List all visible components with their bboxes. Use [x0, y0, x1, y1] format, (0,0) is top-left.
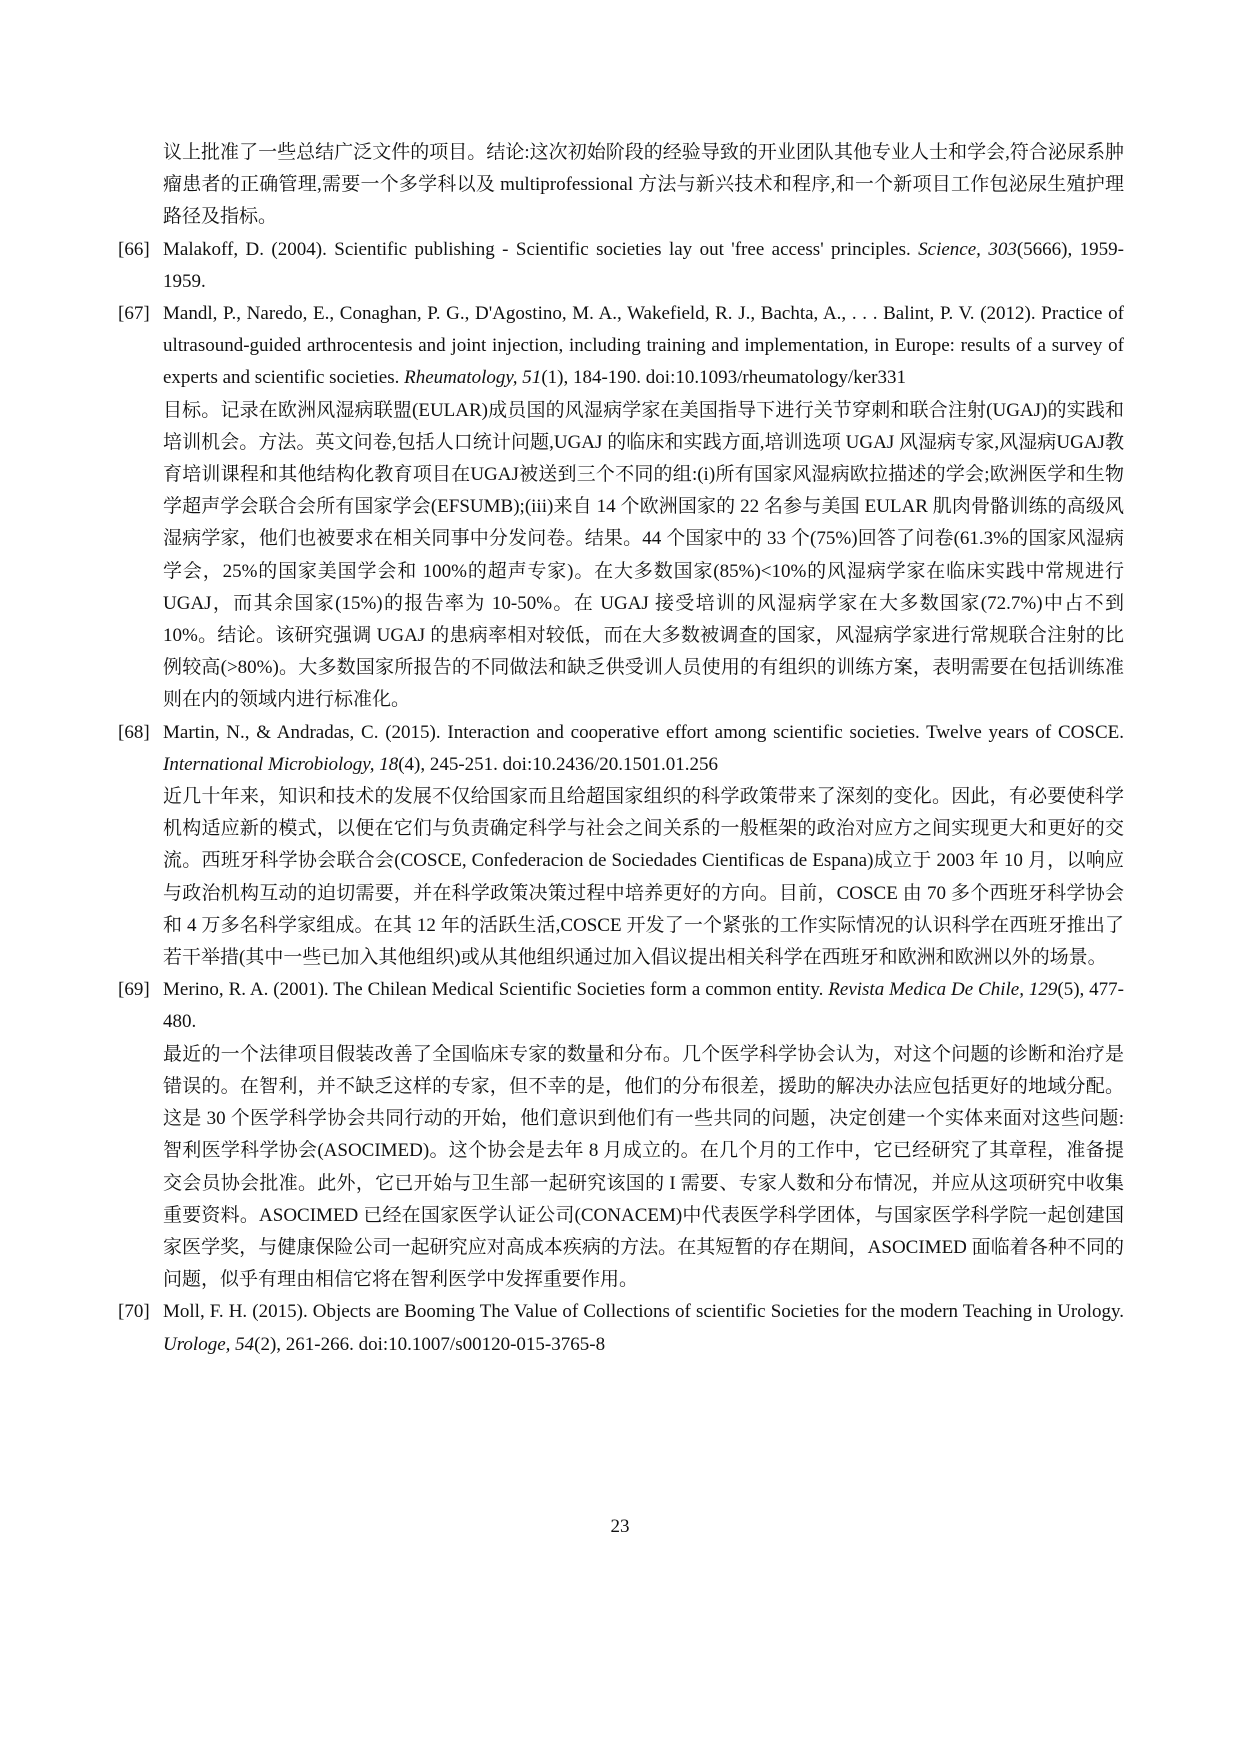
reference-citation: Merino, R. A. (2001). The Chilean Medica…	[163, 974, 1124, 1038]
reference-label: [66]	[118, 234, 150, 266]
reference-abstract: 最近的一个法律项目假装改善了全国临床专家的数量和分布。几个医学科学协会认为，对这…	[163, 1039, 1124, 1297]
reference-citation: Mandl, P., Naredo, E., Conaghan, P. G., …	[163, 298, 1124, 395]
reference-citation: Malakoff, D. (2004). Scientific publishi…	[163, 234, 1124, 298]
reference-label: [69]	[118, 974, 150, 1006]
journal-name: Urologe, 54	[163, 1334, 254, 1355]
reference-item-70: [70] Moll, F. H. (2015). Objects are Boo…	[118, 1296, 1124, 1360]
reference-label: [67]	[118, 298, 150, 330]
journal-name: Rheumatology, 51	[404, 367, 541, 388]
reference-item-67: [67] Mandl, P., Naredo, E., Conaghan, P.…	[118, 298, 1124, 717]
reference-item-66: [66] Malakoff, D. (2004). Scientific pub…	[118, 234, 1124, 298]
reference-abstract: 近几十年来，知识和技术的发展不仅给国家而且给超国家组织的科学政策带来了深刻的变化…	[163, 781, 1124, 974]
reference-list: 议上批准了一些总结广泛文件的项目。结论:这次初始阶段的经验导致的开业团队其他专业…	[118, 137, 1124, 1361]
journal-name: Revista Medica De Chile, 129	[828, 979, 1057, 1000]
journal-name: International Microbiology, 18	[163, 754, 398, 775]
reference-citation: Moll, F. H. (2015). Objects are Booming …	[163, 1296, 1124, 1360]
reference-abstract: 目标。记录在欧洲风湿病联盟(EULAR)成员国的风湿病学家在美国指导下进行关节穿…	[163, 395, 1124, 717]
abstract-continuation: 议上批准了一些总结广泛文件的项目。结论:这次初始阶段的经验导致的开业团队其他专业…	[118, 137, 1124, 234]
page-number: 23	[0, 1516, 1240, 1538]
document-page: 议上批准了一些总结广泛文件的项目。结论:这次初始阶段的经验导致的开业团队其他专业…	[0, 0, 1240, 1753]
reference-label: [70]	[118, 1296, 150, 1328]
reference-citation: Martin, N., & Andradas, C. (2015). Inter…	[163, 717, 1124, 781]
journal-name: Science, 303	[918, 239, 1017, 260]
reference-item-69: [69] Merino, R. A. (2001). The Chilean M…	[118, 974, 1124, 1296]
reference-label: [68]	[118, 717, 150, 749]
reference-item-68: [68] Martin, N., & Andradas, C. (2015). …	[118, 717, 1124, 975]
